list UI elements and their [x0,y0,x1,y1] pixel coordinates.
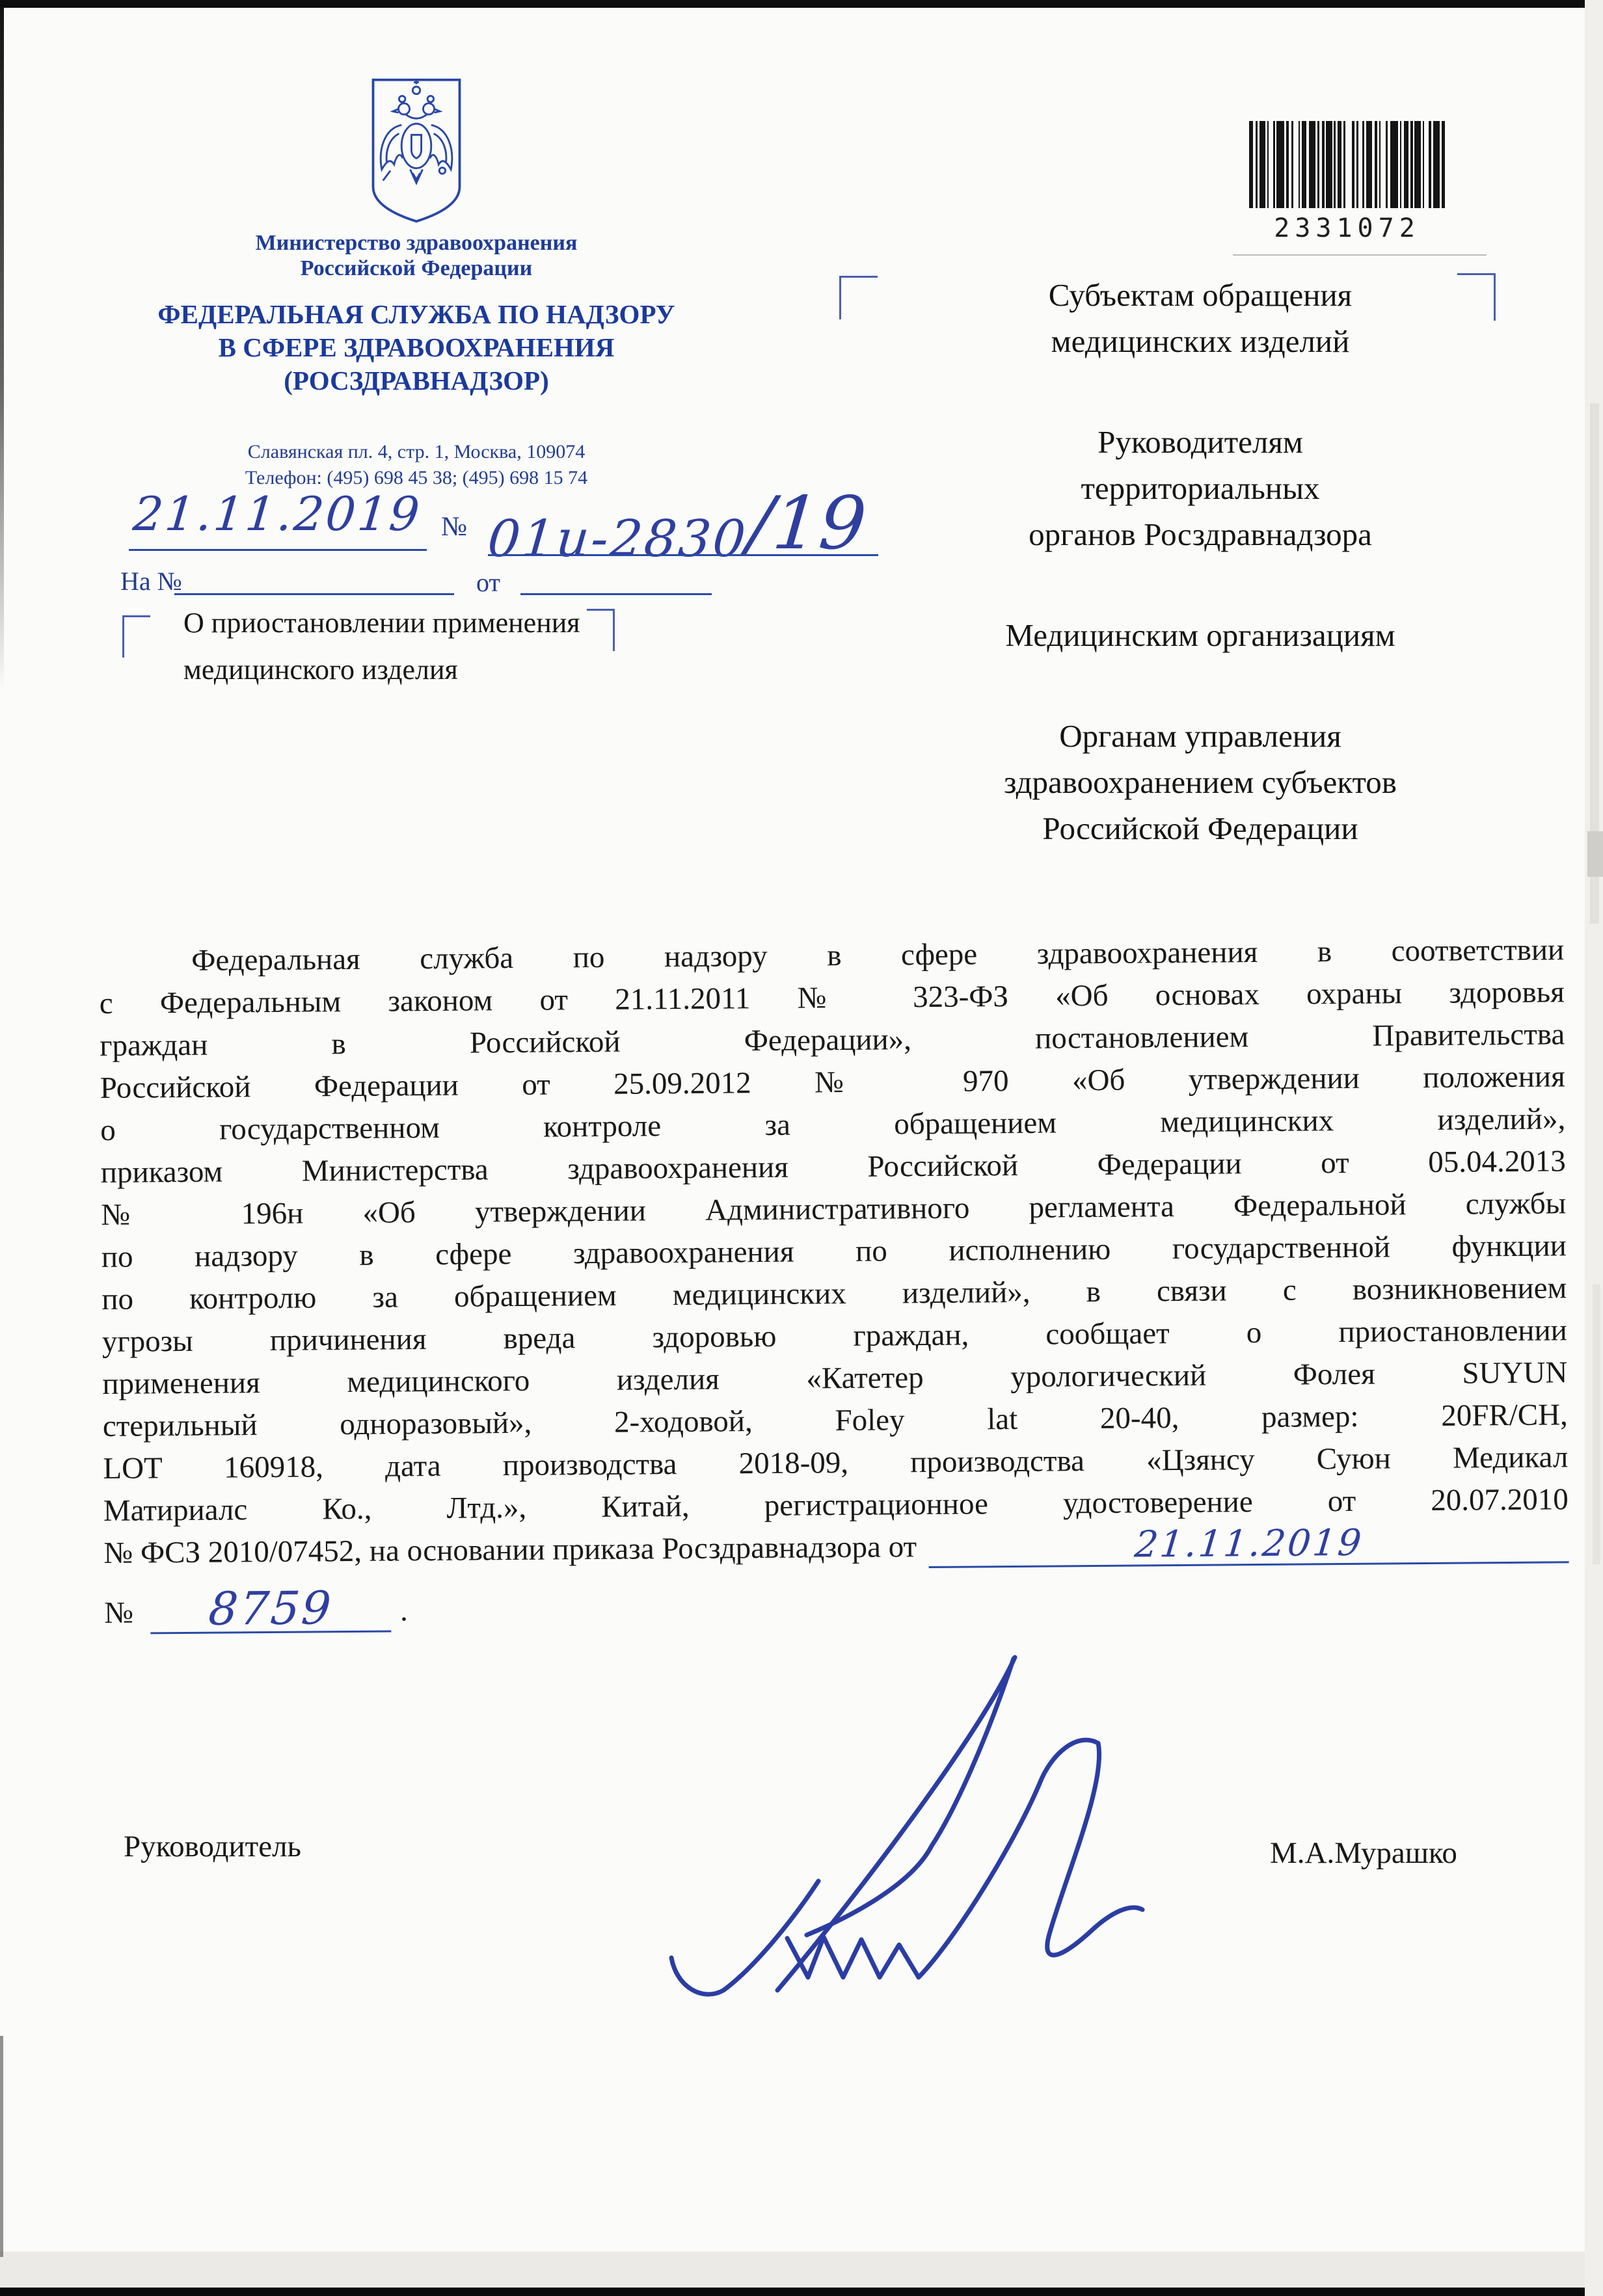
reply-date-blank-underline [520,593,712,595]
recipient-line: медицинских изделий [865,318,1535,364]
recipient-group: Медицинским организациям [865,612,1535,658]
recipient-line: Медицинским организациям [865,612,1535,658]
ministry-name-line1: Министерство здравоохранения [98,230,735,256]
subject-line2: медицинского изделия [183,647,606,693]
number-sign-label: № [441,511,467,542]
scan-streak-right-2 [1593,1285,1600,1564]
recipients-block: Субъектам обращения медицинских изделий … [865,272,1535,906]
body-line-with-handwritten-number: № 8759 . [104,1569,1570,1635]
subject-block: О приостановлении применения медицинског… [183,600,606,693]
handwritten-number-year: /19 [745,481,870,566]
signer-position-title: Руководитель [124,1829,301,1864]
handwritten-outgoing-number: 01и-2830/19 [485,481,869,568]
signer-name: М.А.Мурашко [1270,1835,1457,1871]
scan-band-bottom [0,2252,1603,2288]
sentence-period: . [400,1590,408,1632]
service-name-line3: (РОСЗДРАВНАДЗОР) [98,364,735,397]
recipient-line: территориальных [865,465,1535,511]
recipient-line: органов Росздравнадзора [865,511,1535,557]
order-number-sign: № [104,1592,133,1635]
recipient-group: Субъектам обращения медицинских изделий [865,272,1535,364]
service-name-line1: ФЕДЕРАЛЬНАЯ СЛУЖБА ПО НАДЗОРУ [98,298,735,331]
subject-line1: О приостановлении применения [183,600,606,647]
ministry-name-line2: Российской Федерации [98,256,735,281]
scan-edge-left [0,8,4,691]
russia-coat-of-arms-icon [365,77,468,225]
subject-corner-bracket-left [122,615,150,658]
recipient-line: Руководителям [865,419,1535,465]
order-reference-text: № ФСЗ 2010/07452, на основании приказа Р… [103,1526,917,1575]
handwritten-signature [651,1639,1171,2029]
reply-from-label: от [476,567,500,598]
scan-streak-right-1 [1590,403,1599,924]
scanned-letter-page: Министерство здравоохранения Российской … [0,0,1603,2296]
scan-edge-bottom [0,2288,1603,2296]
scan-edge-left-lower [0,2036,3,2257]
registration-barcode: 2331072 [1248,121,1446,243]
handwritten-date: 21.11.2019 [131,487,424,541]
recipient-line: Субъектам обращения [865,272,1535,318]
scan-band-right [1585,0,1603,2296]
recipient-line: Российской Федерации [865,805,1535,851]
postal-address: Славянская пл. 4, стр. 1, Москва, 109074 [98,439,735,465]
letterhead: Министерство здравоохранения Российской … [98,77,735,491]
recipient-group: Органам управления здравоохранением субъ… [865,713,1535,851]
scan-edge-top [0,0,1603,8]
recipient-line: здравоохранением субъектов [865,759,1535,805]
recipient-group: Руководителям территориальных органов Ро… [865,419,1535,557]
body-paragraph: Федеральная служба по надзору в сфере зд… [99,929,1569,1635]
handwritten-order-date-field: 21.11.2019 [928,1522,1569,1568]
faint-rule-under-barcode [1233,254,1487,256]
recipient-line: Органам управления [865,713,1535,759]
scan-blob-right [1587,831,1603,877]
handwritten-order-number-field: 8759 [150,1586,392,1635]
reply-to-number-label: На № [120,566,182,596]
service-name-line2: В СФЕРЕ ЗДРАВООХРАНЕНИЯ [98,331,735,364]
reply-number-blank-underline [174,593,454,595]
barcode-digits: 2331072 [1248,213,1446,243]
barcode-bars [1249,121,1446,208]
date-underline [129,549,427,551]
